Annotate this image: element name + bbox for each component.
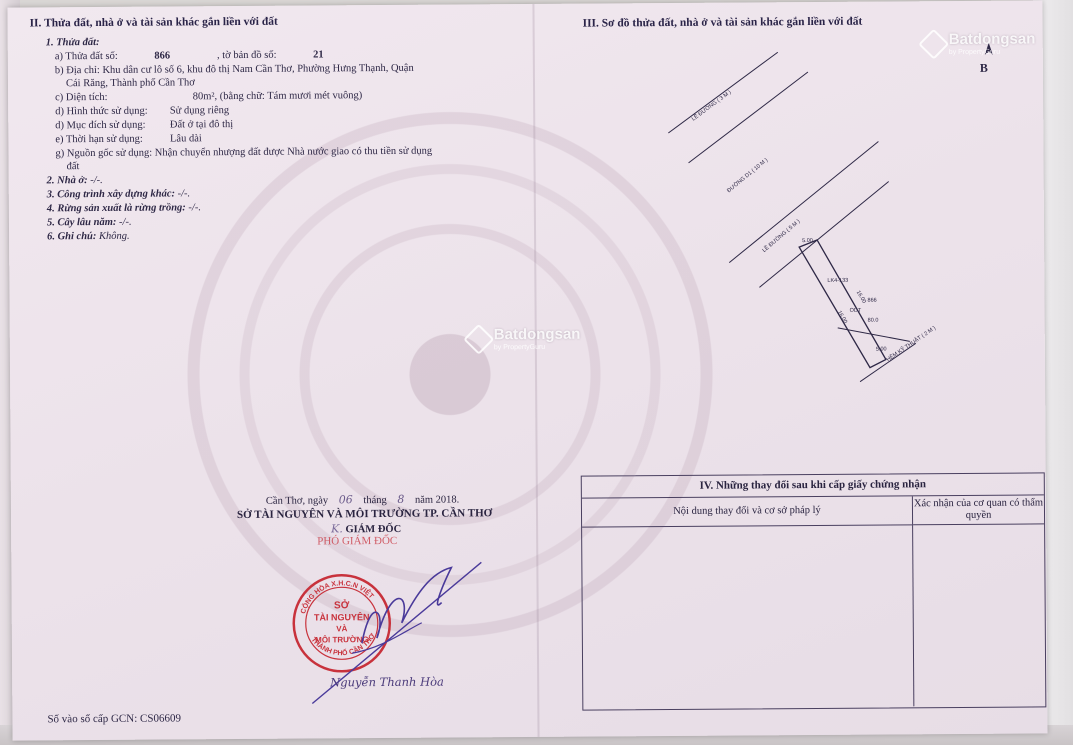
svg-text:ĐƯỜNG D1 ( 10 M ): ĐƯỜNG D1 ( 10 M )	[726, 156, 770, 194]
production-forest-row: 4. Rừng sản xuất là rừng trồng: -/-.	[47, 202, 201, 214]
use-form-value: Sử dụng riêng	[170, 105, 229, 116]
watermark-top-right: Batdongsan by PropertyGuru	[923, 30, 1036, 56]
signing-year: năm 2018.	[415, 494, 459, 505]
address-line1: Khu dân cư lô số 6, khu đô thị Nam Cần T…	[102, 63, 413, 76]
changes-table-title: IV. Những thay đổi sau khi cấp giấy chứn…	[582, 473, 1044, 498]
area-label: c) Diện tích:	[55, 91, 190, 103]
area-value: 80m², (bằng chữ: Tám mươi mét vuông)	[193, 90, 363, 102]
watermark-center: Batdongsan by PropertyGuru	[468, 326, 581, 352]
plot-number-label: a) Thửa đất số:	[55, 51, 118, 62]
signing-day: 06	[339, 493, 353, 506]
other-construction-label: 3. Công trình xây dựng khác:	[47, 188, 175, 200]
perennial-trees-label: 5. Cây lâu năm:	[47, 217, 117, 228]
term-label: e) Thời hạn sử dụng:	[55, 134, 167, 146]
plot-number-row: a) Thửa đất số: 866 , tờ bản đồ số: 21	[55, 49, 324, 62]
purpose-label: d) Mục đích sử dụng:	[55, 120, 167, 132]
svg-text:866: 866	[867, 298, 876, 304]
signing-place: Cần Thơ, ngày	[266, 495, 328, 506]
purpose-value: Đất ở tại đô thị	[170, 119, 233, 130]
svg-text:5.00: 5.00	[876, 346, 887, 352]
house-label: 2. Nhà ở:	[47, 175, 88, 186]
other-construction-value: -/-.	[178, 188, 191, 199]
agency-name: SỞ TÀI NGUYÊN VÀ MÔI TRƯỜNG TP. CẦN THƠ	[237, 507, 492, 521]
north-marker: B	[980, 61, 988, 76]
purpose-row: d) Mục đích sử dụng: Đất ở tại đô thị	[55, 119, 233, 131]
plot-number: 866	[154, 50, 214, 61]
map-sheet: 21	[313, 49, 324, 60]
registry-label: Số vào sổ cấp GCN:	[47, 713, 137, 726]
origin-line1: Nhận chuyển nhượng đất được Nhà nước gia…	[155, 146, 432, 159]
land-heading: 1. Thửa đất:	[46, 37, 100, 48]
svg-text:LỀ ĐƯỜNG ( 3 M ): LỀ ĐƯỜNG ( 3 M )	[690, 89, 732, 123]
changes-table: IV. Những thay đổi sau khi cấp giấy chứn…	[581, 472, 1047, 710]
signer-name: Nguyễn Thanh Hòa	[330, 675, 444, 690]
production-forest-label: 4. Rừng sản xuất là rừng trồng:	[47, 202, 186, 214]
perennial-trees-value: -/-.	[119, 217, 132, 228]
svg-text:HẺM KỸ THUẬT ( 2 M ): HẺM KỸ THUẬT ( 2 M )	[885, 324, 937, 363]
map-sheet-label: , tờ bản đồ số:	[217, 50, 277, 61]
position: GIÁM ĐỐC	[345, 524, 401, 535]
note-label: 6. Ghi chú:	[47, 231, 96, 242]
term-value: Lâu dài	[170, 133, 202, 144]
changes-table-column-divider	[582, 496, 914, 708]
column-header-change-content: Nội dung thay đổi và cơ sở pháp lý	[582, 496, 912, 527]
production-forest-value: -/-.	[188, 202, 201, 213]
deputy-position-stamp: PHÓ GIÁM ĐỐC	[317, 535, 397, 548]
position-prefix: K.	[331, 522, 343, 535]
origin-label: g) Nguồn gốc sử dụng:	[55, 148, 152, 160]
section-iii-title: III. Sơ đồ thửa đất, nhà ở và tài sản kh…	[583, 16, 863, 30]
handwritten-signature	[291, 552, 492, 713]
address-line2: Cái Răng, Thành phố Cần Thơ	[66, 77, 195, 89]
position-line: K. GIÁM ĐỐC	[331, 522, 401, 535]
use-form-row: d) Hình thức sử dụng: Sử dụng riêng	[55, 105, 229, 117]
registry-row: Số vào sổ cấp GCN: CS06609	[47, 712, 181, 725]
registry-number: CS06609	[140, 712, 181, 724]
brand-logo-icon	[918, 28, 949, 59]
origin-row: g) Nguồn gốc sử dụng: Nhận chuyển nhượng…	[55, 146, 432, 160]
land-use-certificate-page: II. Thửa đất, nhà ở và tài sản khác gắn …	[7, 0, 1047, 740]
signing-month-label: tháng	[363, 495, 386, 506]
house-value: -/-.	[90, 175, 103, 186]
use-form-label: d) Hình thức sử dụng:	[55, 106, 167, 118]
brand-logo-icon	[463, 323, 494, 354]
term-row: e) Thời hạn sử dụng: Lâu dài	[55, 133, 201, 145]
signing-date: Cần Thơ, ngày 06 tháng 8 năm 2018.	[266, 492, 459, 506]
svg-text:ODT: ODT	[850, 308, 862, 314]
plot-diagram: LỀ ĐƯỜNG ( 3 M ) ĐƯỜNG D1 ( 10 M ) LỀ ĐƯ…	[648, 41, 970, 393]
perennial-trees-row: 5. Cây lâu năm: -/-.	[47, 217, 132, 229]
svg-text:LỀ ĐƯỜNG ( 5 M ): LỀ ĐƯỜNG ( 5 M )	[761, 218, 802, 254]
address-label: b) Địa chỉ:	[55, 65, 100, 76]
column-header-authority-confirmation: Xác nhận của cơ quan có thẩm quyền	[913, 495, 1044, 525]
other-construction-row: 3. Công trình xây dựng khác: -/-.	[47, 188, 190, 200]
origin-line2: đất	[67, 161, 80, 172]
signing-month: 8	[397, 493, 404, 506]
note-row: 6. Ghi chú: Không.	[47, 231, 130, 243]
section-ii-title: II. Thửa đất, nhà ở và tài sản khác gắn …	[30, 16, 278, 30]
svg-text:5.00: 5.00	[802, 238, 813, 244]
page-fold	[532, 4, 539, 737]
svg-text:LK4-133: LK4-133	[827, 278, 848, 284]
house-row: 2. Nhà ở: -/-.	[47, 175, 103, 186]
svg-text:80.0: 80.0	[868, 318, 879, 324]
svg-text:16.00: 16.00	[855, 290, 867, 305]
area-row: c) Diện tích: 80m², (bằng chữ: Tám mươi …	[55, 90, 362, 103]
note-value: Không.	[99, 231, 130, 242]
address-row: b) Địa chỉ: Khu dân cư lô số 6, khu đô t…	[55, 63, 414, 77]
svg-text:16.00: 16.00	[836, 310, 848, 325]
